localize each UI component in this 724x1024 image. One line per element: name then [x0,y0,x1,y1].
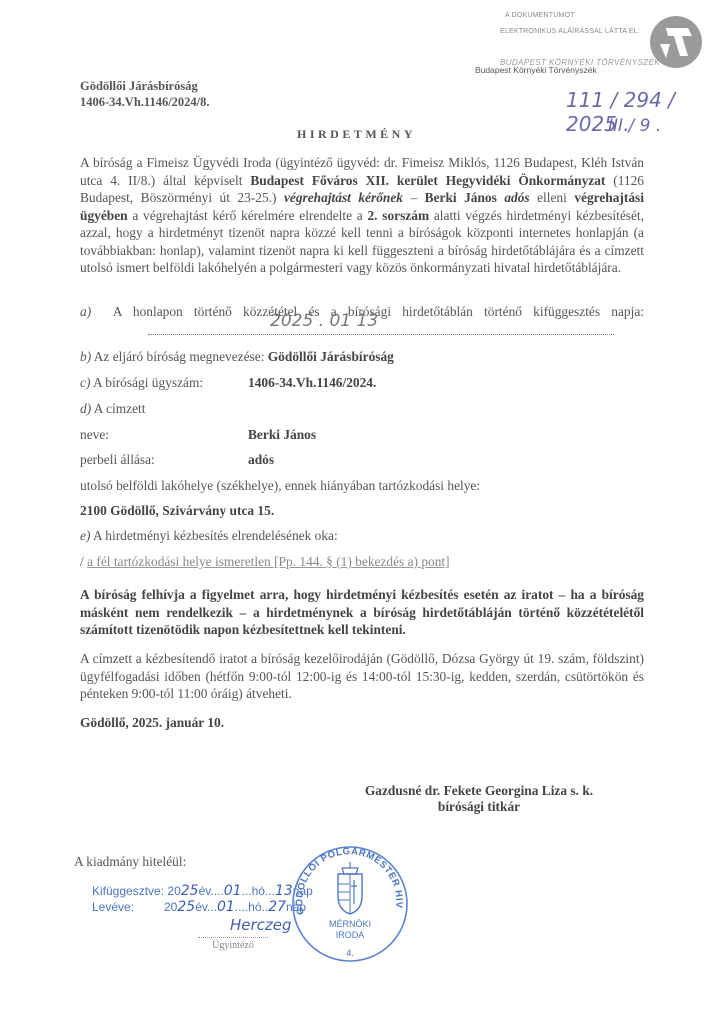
stamp-center-line1: MÉRNÖKI [290,919,410,930]
place-date: Gödöllő, 2025. január 10. [80,714,224,732]
item-d: d) A címzett [80,400,145,418]
stamp-number: 4. [290,948,410,959]
municipal-stamp: GÖDÖLLŐI POLGÁRMESTER HIVATAL MÉRNÖKI IR… [290,844,410,964]
signatory-name: Gazdusné dr. Fekete Georgina Liza s. k. [354,782,604,800]
item-b: b) Az eljáró bíróság megnevezése: Gödöll… [80,348,394,366]
item-e-reason: / a fél tartózkodási helye ismeretlen [P… [80,553,450,571]
pickup-info-paragraph: A címzett a kézbesítendő iratot a bírósá… [80,650,644,703]
clerk-signature: Herczeg [230,916,292,934]
address-label: utolsó belföldi lakóhelye (székhelye), e… [80,477,480,495]
esign-line2: ELEKTRONIKUS ALÁÍRÁSSAL LÁTTA EL: [500,28,640,35]
attestation-label: A kiadmány hiteléül: [74,853,186,871]
address-value: 2100 Gödöllő, Szivárvány utca 15. [80,502,274,520]
esign-court-plain: Budapest Környéki Törvényszék [475,65,597,75]
case-reference: 1406-34.Vh.1146/2024/8. [80,95,210,110]
removed-row: Levéve:2025év...01....hó..27nap [92,899,306,915]
signatory-role: bírósági titkár [354,798,604,816]
handwritten-ref-line2: III / 9 . [608,116,661,136]
item-a-dotted-line [148,334,614,335]
hungarian-coat-of-arms-icon [338,862,362,914]
intro-paragraph: A bíróság a Fimeisz Ügyvédi Iroda (ügyin… [80,154,644,277]
stamp-center-line2: IRODA [290,930,410,941]
clerk-label: Ügyintéző [198,940,268,951]
posted-row: Kifüggesztve: 2025év....01...hó...13nap [92,883,313,899]
item-e: e) A hirdetményi kézbesítés elrendelésén… [80,527,338,545]
item-c: c) A bírósági ügyszám:1406-34.Vh.1146/20… [80,374,376,392]
page-title: HIRDETMÉNY [297,127,416,142]
svg-text:GÖDÖLLŐI POLGÁRMESTER HIVATAL: GÖDÖLLŐI POLGÁRMESTER HIVATAL [290,844,404,916]
esign-line1: A DOKUMENTUMOT [505,12,575,19]
clerk-signature-line [198,937,268,938]
court-name: Gödöllői Járásbíróság [80,79,198,94]
court-logo-icon [648,14,704,70]
item-a-handwritten-date: 2025 . 01 13 [270,311,378,331]
notice-paragraph: A bíróság felhívja a figyelmet arra, hog… [80,586,644,639]
recipient-name-row: neve:Berki János [80,426,316,444]
recipient-status-row: perbeli állása:adós [80,451,274,469]
